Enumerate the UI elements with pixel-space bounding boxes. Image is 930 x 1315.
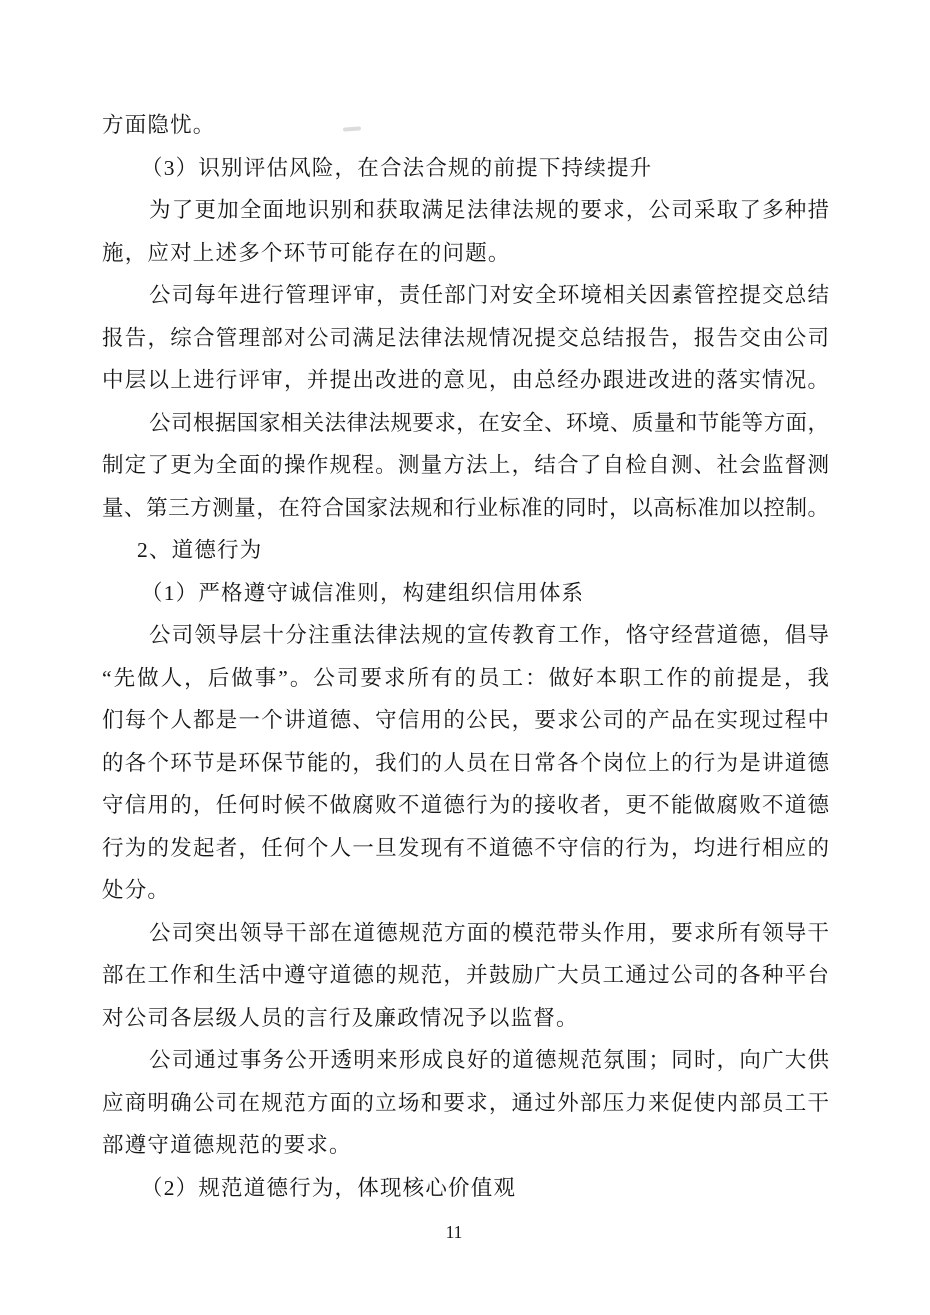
text-line: 行为的发起者，任何个人一旦发现有不道德不守信的行为，均进行相应的	[102, 827, 829, 870]
text-line: 方面隐忧。	[102, 104, 829, 147]
text-line: 们每个人都是一个讲道德、守信用的公民，要求公司的产品在实现过程中	[102, 699, 829, 742]
text-line: 的各个环节是环保节能的，我们的人员在日常各个岗位上的行为是讲道德	[102, 742, 829, 785]
text-line: 处分。	[102, 869, 829, 912]
text-line: 施，应对上述多个环节可能存在的问题。	[102, 232, 829, 275]
page-number: 11	[0, 1220, 908, 1244]
text-line: “先做人，后做事”。公司要求所有的员工：做好本职工作的前提是，我	[102, 657, 829, 700]
text-line: 守信用的，任何时候不做腐败不道德行为的接收者，更不能做腐败不道德	[102, 784, 829, 827]
text-line: 量、第三方测量，在符合国家法规和行业标准的同时，以高标准加以控制。	[102, 487, 829, 530]
heading-line: （1）严格遵守诚信准则，构建组织信用体系	[102, 572, 829, 615]
text-line: 公司通过事务公开透明来形成良好的道德规范氛围；同时，向广大供	[102, 1039, 829, 1082]
text-line: 中层以上进行评审，并提出改进的意见，由总经办跟进改进的落实情况。	[102, 359, 829, 402]
text-line: 对公司各层级人员的言行及廉政情况予以监督。	[102, 997, 829, 1040]
text-line: 部在工作和生活中遵守道德的规范，并鼓励广大员工通过公司的各种平台	[102, 954, 829, 997]
text-line: 公司每年进行管理评审，责任部门对安全环境相关因素管控提交总结	[102, 274, 829, 317]
heading-line: （2）规范道德行为，体现核心价值观	[102, 1167, 829, 1210]
text-line: 为了更加全面地识别和获取满足法律法规的要求，公司采取了多种措	[102, 189, 829, 232]
text-line: 部遵守道德规范的要求。	[102, 1124, 829, 1167]
text-line: 公司根据国家相关法律法规要求，在安全、环境、质量和节能等方面，	[102, 402, 829, 445]
heading-line: 2、道德行为	[102, 529, 829, 572]
text-line: 应商明确公司在规范方面的立场和要求，通过外部压力来促使内部员工干	[102, 1082, 829, 1125]
text-line: 制定了更为全面的操作规程。测量方法上，结合了自检自测、社会监督测	[102, 444, 829, 487]
heading-line: （3）识别评估风险，在合法合规的前提下持续提升	[102, 147, 829, 190]
text-line: 公司领导层十分注重法律法规的宣传教育工作，恪守经营道德，倡导	[102, 614, 829, 657]
document-page: 方面隐忧。（3）识别评估风险，在合法合规的前提下持续提升为了更加全面地识别和获取…	[0, 0, 930, 1315]
document-body: 方面隐忧。（3）识别评估风险，在合法合规的前提下持续提升为了更加全面地识别和获取…	[102, 104, 829, 1209]
text-line: 公司突出领导干部在道德规范方面的模范带头作用，要求所有领导干	[102, 912, 829, 955]
text-line: 报告，综合管理部对公司满足法律法规情况提交总结报告，报告交由公司	[102, 317, 829, 360]
